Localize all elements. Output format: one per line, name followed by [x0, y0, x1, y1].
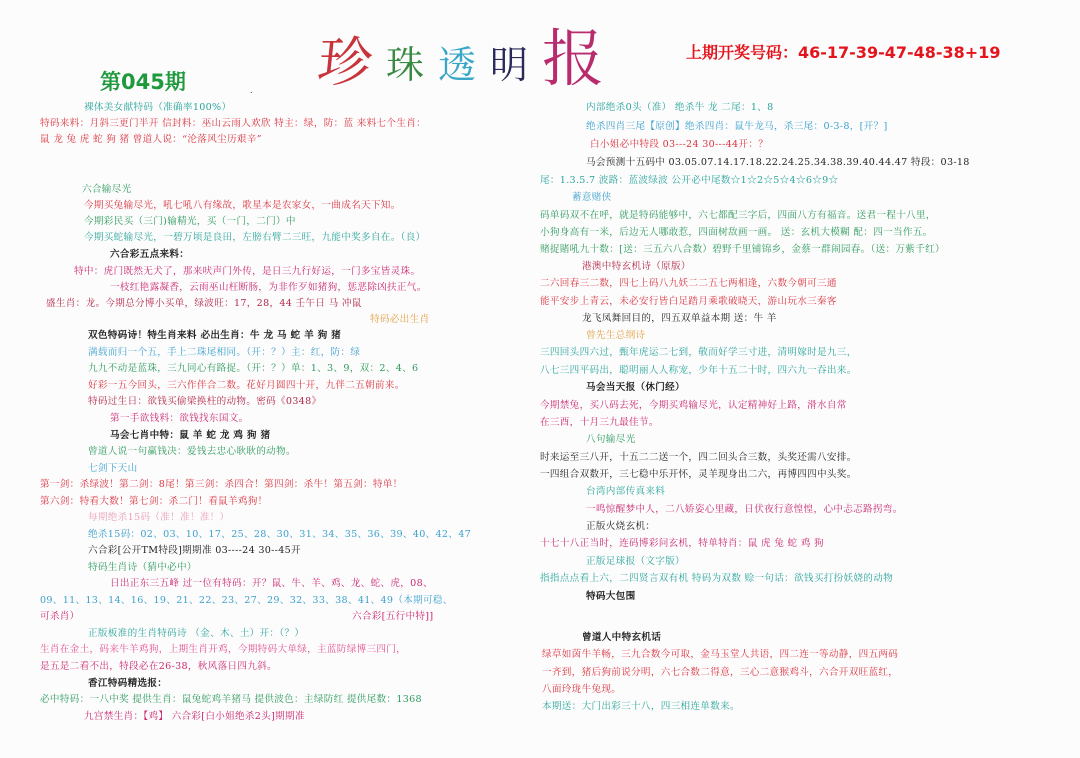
- text-line: 港澳中特玄机诗（原版）: [582, 260, 691, 274]
- decorative-dot: .: [250, 86, 253, 95]
- text-line: 指指点点看上六，二四贤言双有机 特码为双数 赊一句话：欲钱买打扮妖娆的动物: [540, 572, 893, 586]
- text-line: 本期送：大门出彩三十八，四三相连单数来。: [542, 700, 740, 714]
- text-line: 今期买兔输尽光，吼七吼八有缘故，歌星本是农家女，一曲成名天下知。: [84, 199, 401, 213]
- masthead-title: 珍 珠 透 明 报: [318, 24, 618, 90]
- text-line: 每期绝杀15码（准！准！准！）: [88, 511, 229, 525]
- text-line: 六合彩五点来料：: [110, 248, 189, 262]
- text-line: 马会七肖中特：鼠 羊 蛇 龙 鸡 狗 猪: [110, 429, 270, 443]
- text-line: 马会当天报（休门经）: [586, 381, 685, 395]
- masthead-char: 珠: [386, 46, 424, 84]
- text-line: 八面玲珑牛兔现。: [542, 683, 621, 697]
- text-line: 八七三四平码出，聪明丽人人称宠，少年十五二十时，四六九一吞出来。: [540, 364, 857, 378]
- text-line: 正版板准的生肖特码诗 （金、木、土）开：（？）: [88, 627, 304, 641]
- text-line: 码单码双不在呼，就是特码能够中，六七都配三字后，四面八方有福音。送君一程十八里，: [540, 209, 936, 223]
- text-line: 今期买蛇输尽光，一碧万顷是良田，左膀右臂二三旺，九能中奖多自在。（良）: [84, 231, 425, 245]
- masthead-char: 珍: [315, 36, 375, 90]
- text-line: 09、11、13、14、16、19、21、22、23、27、29、32、33、3…: [40, 594, 453, 608]
- text-line: 特码过生日：欲钱买偷梁换柱的动物。密码《0348》: [88, 395, 321, 409]
- text-line: 必中特码：一八中奖 提供生肖：鼠兔蛇鸡羊猪马 提供波色：主绿防红 提供尾数：13…: [40, 693, 422, 707]
- text-line: 六合输尽光: [82, 183, 131, 197]
- text-line: 好彩一五今回头，三六作伴合二数。花好月圆四十开，九伴二五朝前来。: [88, 379, 405, 393]
- text-line: 双色特码诗！特生肖来料 必出生肖：牛 龙 马 蛇 羊 狗 猪: [88, 329, 341, 343]
- text-line: 龙飞凤舞回目的，四五双单益本期 送：牛 羊: [582, 312, 777, 326]
- text-line: 满载而归一个五，手上二珠尾相同。（开：？）主：红，防：绿: [88, 346, 360, 360]
- text-line: 一枝红艳露凝香，云雨巫山枉断肠，为非作歹如猪狗，惩恶除凶扶正气。: [110, 281, 427, 295]
- text-line: 曾先生总纲诗: [586, 329, 645, 343]
- text-line: 特码大包围: [586, 590, 635, 604]
- text-line: 六合彩[公开TM特段]期期准 03----24 30--45开: [88, 544, 301, 558]
- text-line: 台湾内部传真来料: [586, 485, 665, 499]
- text-line: 正版足球报（文字版）: [586, 555, 685, 569]
- text-line: 绿草如茵牛羊畅，三九合数今可取，金马玉堂人共语，四二连一等动静，四五两码: [542, 648, 898, 662]
- masthead-char: 报: [542, 28, 604, 90]
- issue-number: 第045期: [100, 66, 186, 96]
- text-line: 在三酉，十月三九最佳节。: [540, 416, 659, 430]
- text-line: 时来运至三八开，十五二二送一个，四二回头合三数，头奖还需八安排。: [540, 451, 857, 465]
- text-line: 七剑下天山: [88, 462, 137, 476]
- text-line: 赌捉賭吼九十数：[送：三五六八合数）碧野千里铺锦乡，金蔡一群闹园春。（送：万紫千…: [540, 243, 945, 257]
- text-line: 二六回春三二数，四七上码八九妖二二五七两相逢，六数今朝可三通: [540, 277, 837, 291]
- text-line: 一齐到，猪后狗前说分明，六七合数二得意，三心二意猴鸡斗，六合开双旺蓝红，: [542, 666, 898, 680]
- text-line: 绝杀四肖三尾【原创】绝杀四肖：鼠牛龙马，杀三尾：0-3-8，[开？]: [586, 120, 888, 134]
- masthead-char: 透: [438, 46, 476, 84]
- text-line: 第一手欲钱料：欲钱找东国文。: [110, 412, 249, 426]
- text-line: 能平安步上青云，未必安行皆白足踏月乘歌破晓天，游山玩水三秦客: [540, 295, 837, 309]
- text-line: 特码必出生肖: [370, 313, 429, 327]
- masthead-char: 明: [490, 46, 528, 84]
- text-line: 鼠 龙 兔 虎 蛇 狗 猪 曾道人说：“沦落风尘历艰辛”: [40, 133, 262, 147]
- text-line: 尾：1.3.5.7 波路：蓝波绿波 公开必中尾数☆1☆2☆5☆4☆6☆9☆: [540, 174, 838, 188]
- text-line: 内部绝杀0头（准） 绝杀牛 龙 二尾：1、8: [586, 101, 774, 115]
- text-line: 是五是二看不出，特段必在26-38，秋风落日四九斜。: [40, 660, 277, 674]
- last-draw-numbers: 上期开奖号码：46-17-39-47-48-38+19: [686, 40, 1000, 63]
- text-line: 第六剑：特看大数！第七剑：杀二门！看鼠羊鸡狗！: [40, 495, 268, 509]
- text-line: 三四回头四六过，甄年虎运二七到，敬而好学三寸进，清明嫁时是九三，: [540, 346, 857, 360]
- text-line: 六合彩[五行中特]]: [352, 610, 433, 624]
- text-line: 九宫禁生肖：【鸡】 六合彩[白小姐绝杀2头]期期准: [84, 710, 305, 724]
- text-line: 曾道人中特玄机话: [582, 631, 661, 645]
- text-line: 绝杀15码：02、03、10、17、25、28、30、31、34、35、36、3…: [88, 528, 471, 542]
- text-line: 可杀肖）: [40, 610, 80, 624]
- text-line: 日出正东三五峰 过一位有特码：开？鼠、牛、羊、鸡、龙、蛇、虎，08、: [110, 577, 433, 591]
- text-line: 裸体美女献特码（准确率100%）: [84, 101, 231, 115]
- text-line: 香江特码精选报：: [88, 677, 167, 691]
- text-line: 特码来料：月斜三更门半开 信封料：巫山云雨人欢欣 特主：绿，防：蓝 来料七个生肖…: [40, 117, 426, 131]
- text-line: 马会预测十五码中 03.05.07.14.17.18.22.24.25.34.3…: [586, 156, 970, 170]
- text-line: 蓄意赌侠: [572, 191, 612, 205]
- text-line: 特码生肖诗（猜中必中）: [88, 561, 197, 575]
- text-line: 九九不动是蓝珠，三九同心有路捉。（开：？）单：1、3、9，双：2、4、6: [88, 362, 418, 376]
- text-line: 今期彩民买（三门)输精光，买（一门，二门）中: [84, 215, 296, 229]
- text-line: 正版火烧玄机：: [586, 520, 655, 534]
- text-line: 生肖在金土，码来牛羊鸡狗，上期生肖开鸡，今期特码大单绿，主蓝防绿博三四门，: [40, 643, 406, 657]
- text-line: 一四组合双数开，三七稳中乐开怀，灵羊现身出二六，再博四四中头奖。: [540, 468, 857, 482]
- text-line: 一鸣惊醒梦中人，二八娇姿心里藏，日伏夜行意惶惶，心中忐忑路拐弯。: [586, 503, 903, 517]
- text-line: 白小姐必中特段 03---24 30---44开：？: [590, 138, 768, 152]
- text-line: 小狗身高有一米，后边无人哪敢惹，四面树敌画一画。 送：玄机大模糊 配：四一当作五…: [540, 226, 933, 240]
- text-line: 第一剑：杀绿波！第二剑：8尾！第三剑：杀四合！第四剑：杀牛！第五剑：特单！: [40, 478, 403, 492]
- text-line: 曾道人说一句赢钱决：爱钱去忠心耿耿的动物。: [88, 445, 296, 459]
- text-line: 十七十八正当时，连码博彩问玄机，特单特肖：鼠 虎 兔 蛇 鸡 狗: [540, 537, 824, 551]
- text-line: 特中：虎门既然无犬了，那来吠声门外传，是日三九行好运，一门多宝皆灵珠。: [74, 265, 420, 279]
- text-line: 八句输尽光: [586, 433, 635, 447]
- text-line: 盛生肖：龙。今期总分博小买单，绿波旺：17，28，44 壬午日 马 冲鼠: [46, 297, 362, 311]
- text-line: 今期禁兔，买八码去死，今期买鸡输尽光，认定精神好上路，滑水自常: [540, 399, 847, 413]
